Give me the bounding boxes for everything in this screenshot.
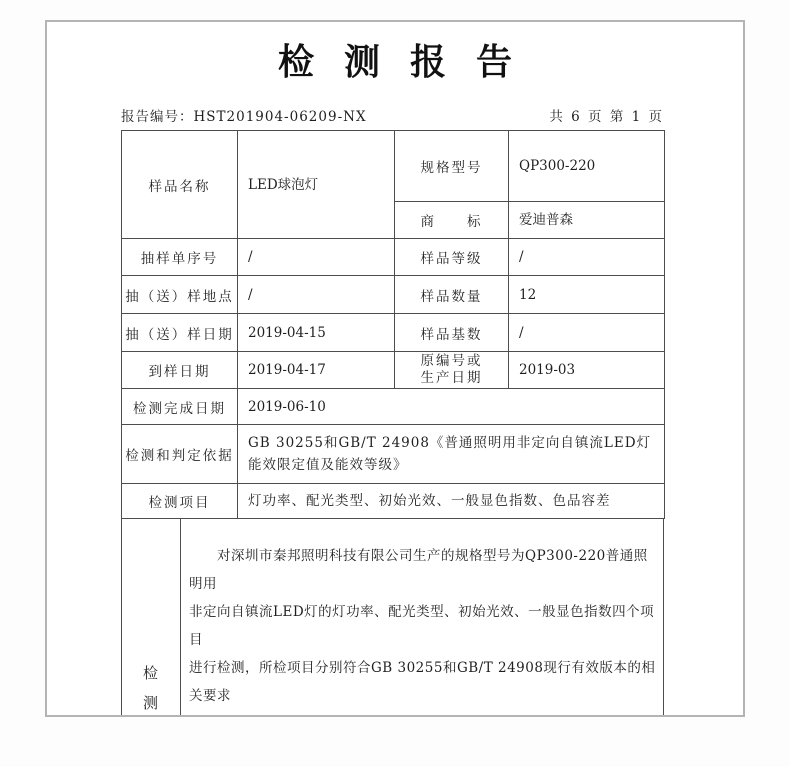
sampling-date-value: 2019-04-15 (238, 314, 395, 352)
test-items-value: 灯功率、配光类型、初始光效、一般显色指数、色品容差 (238, 484, 665, 519)
report-page: 检测报告 报告编号：HST201904-06209-NX 共 6 页 第 1 页… (45, 20, 745, 717)
trademark-value: 爱迪普森 (509, 202, 665, 239)
sample-base-value: / (509, 314, 665, 352)
report-number: 报告编号：HST201904-06209-NX (121, 108, 367, 126)
report-table: 样品名称 LED球泡灯 规格型号 QP300-220 商 标 爱迪普森 抽样单序… (121, 130, 665, 519)
test-result-conclusion: 对深圳市秦邦照明科技有限公司生产的规格型号为QP300-220普通照明用 非定向… (181, 519, 663, 716)
arrival-date-value: 2019-04-17 (238, 352, 395, 389)
table-row: 抽（送）样地点 / 样品数量 12 (122, 276, 665, 314)
completion-date-label: 检测完成日期 (122, 389, 238, 425)
sample-quantity-label: 样品数量 (395, 276, 509, 314)
test-basis-label: 检测和判定依据 (122, 425, 238, 484)
arrival-date-label: 到样日期 (122, 352, 238, 389)
sample-grade-value: / (509, 239, 665, 276)
report-number-label: 报告编号： (121, 109, 194, 125)
test-basis-value: GB 30255和GB/T 24908《普通照明用非定向自镇流LED灯能效限定值… (238, 425, 665, 484)
completion-date-value: 2019-06-10 (238, 389, 665, 425)
original-no-value: 2019-03 (509, 352, 665, 389)
table-row: 检测和判定依据 GB 30255和GB/T 24908《普通照明用非定向自镇流L… (122, 425, 665, 484)
report-number-value: HST201904-06209-NX (194, 109, 367, 125)
sampling-sheet-no-value: / (238, 239, 395, 276)
table-row: 样品名称 LED球泡灯 规格型号 QP300-220 (122, 131, 665, 202)
sampling-place-value: / (238, 276, 395, 314)
spec-model-label: 规格型号 (395, 131, 509, 202)
table-row: 检测完成日期 2019-06-10 (122, 389, 665, 425)
page-count: 共 6 页 第 1 页 (549, 108, 664, 126)
test-result-section: 检 测 对深圳市秦邦照明科技有限公司生产的规格型号为QP300-220普通照明用… (121, 519, 664, 716)
table-row: 抽样单序号 / 样品等级 / (122, 239, 665, 276)
sample-grade-label: 样品等级 (395, 239, 509, 276)
sampling-sheet-no-label: 抽样单序号 (122, 239, 238, 276)
table-row: 检测项目 灯功率、配光类型、初始光效、一般显色指数、色品容差 (122, 484, 665, 519)
report-content: 报告编号：HST201904-06209-NX 共 6 页 第 1 页 样品名称… (121, 108, 664, 716)
test-result-side-label: 检 测 (122, 519, 181, 716)
sampling-place-label: 抽（送）样地点 (122, 276, 238, 314)
sampling-date-label: 抽（送）样日期 (122, 314, 238, 352)
page-title: 检测报告 (47, 40, 743, 84)
sample-name-value: LED球泡灯 (238, 131, 395, 239)
original-no-label: 原编号或 生产日期 (395, 352, 509, 389)
report-meta-row: 报告编号：HST201904-06209-NX 共 6 页 第 1 页 (121, 108, 664, 126)
sample-base-label: 样品基数 (395, 314, 509, 352)
sample-name-label: 样品名称 (122, 131, 238, 239)
table-row: 抽（送）样日期 2019-04-15 样品基数 / (122, 314, 665, 352)
spec-model-value: QP300-220 (509, 131, 665, 202)
trademark-label: 商 标 (395, 202, 509, 239)
table-row: 到样日期 2019-04-17 原编号或 生产日期 2019-03 (122, 352, 665, 389)
test-items-label: 检测项目 (122, 484, 238, 519)
sample-quantity-value: 12 (509, 276, 665, 314)
